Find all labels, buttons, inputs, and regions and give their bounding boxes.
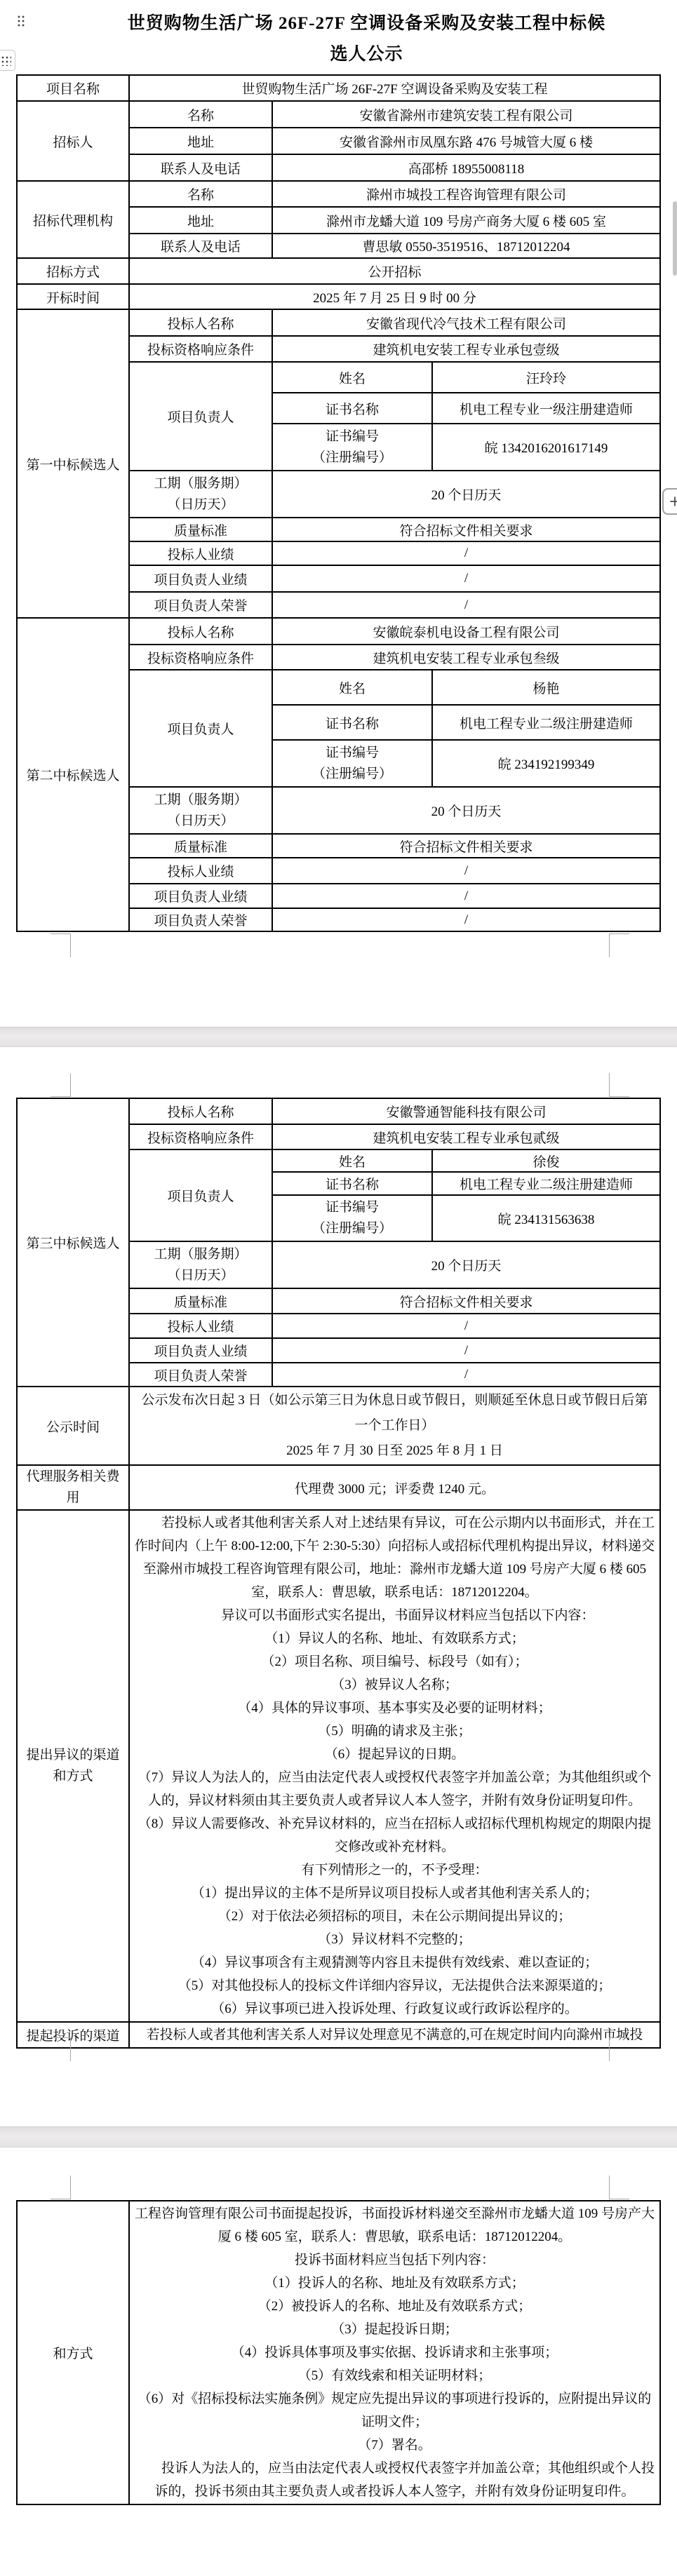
label-qualification: 投标资格响应条件 (129, 336, 272, 362)
value-candidate2-duration: 20 个日历天 (272, 787, 660, 834)
grid-dots-icon (0, 55, 11, 66)
label-duration: 工期（服务期） （日历天） (129, 787, 272, 834)
value-objection-content: 若投标人或者其他利害关系人对上述结果有异议，可在公示期内以书面形式，并在工作时间… (129, 1510, 660, 2022)
value-candidate1-cert-name: 机电工程专业一级注册建造师 (432, 393, 660, 424)
value-agency-address: 滁州市龙蟠大道 109 号房产商务大厦 6 楼 605 室 (272, 207, 660, 234)
label-qualification: 投标资格响应条件 (129, 645, 272, 670)
value-candidate2-pm-performance: / (272, 884, 660, 908)
page-separator (0, 2126, 677, 2147)
value-candidate3-pm-performance: / (272, 1338, 660, 1363)
label-bidder-name: 投标人名称 (129, 618, 272, 645)
label-tender-method: 招标方式 (17, 258, 129, 284)
value-candidate1-quality: 符合招标文件相关要求 (272, 518, 660, 541)
label-agency-contact: 联系人及电话 (129, 234, 272, 258)
value-candidate3-quality: 符合招标文件相关要求 (272, 1288, 660, 1314)
label-tenderee-name: 名称 (129, 101, 272, 128)
value-candidate3-pm-name: 徐俊 (432, 1149, 660, 1172)
value-candidate1-bidder: 安徽省现代冷气技术工程有限公司 (272, 309, 660, 336)
value-candidate1-qualification: 建筑机电安装工程专业承包壹级 (272, 336, 660, 362)
label-pm-performance: 项目负责人业绩 (129, 1338, 272, 1363)
page-margin-mark (609, 2176, 629, 2199)
label-agency-name: 名称 (129, 181, 272, 207)
label-complaint-channel: 提起投诉的渠道 (17, 2022, 129, 2048)
label-candidate3: 第三中标候选人 (17, 1098, 129, 1387)
value-complaint-page3: 工程咨询管理有限公司书面提起投诉，书面投诉材料递交至滁州市龙蟠大道 109 号房… (129, 2201, 660, 2504)
label-tenderee-address: 地址 (129, 128, 272, 154)
label-duration: 工期（服务期） （日历天） (129, 1241, 272, 1288)
label-tenderee: 招标人 (17, 101, 129, 181)
value-candidate2-bidder: 安徽皖泰机电设备工程有限公司 (272, 618, 660, 645)
label-candidate1: 第一中标候选人 (17, 309, 129, 618)
value-candidate1-pm-name: 汪玲玲 (432, 362, 660, 393)
value-candidate3-pm-honor: / (272, 1363, 660, 1387)
page-margin-mark (51, 2176, 71, 2199)
label-quality: 质量标准 (129, 834, 272, 858)
label-agency-address: 地址 (129, 207, 272, 234)
label-pm-honor: 项目负责人荣誉 (129, 1363, 272, 1387)
label-project-manager: 项目负责人 (129, 670, 272, 787)
label-bidder-name: 投标人名称 (129, 309, 272, 336)
scrollbar-thumb[interactable] (673, 201, 677, 276)
label-person-name: 姓名 (272, 670, 432, 705)
value-candidate1-bidder-performance: / (272, 541, 660, 565)
value-candidate2-quality: 符合招标文件相关要求 (272, 834, 660, 858)
value-candidate3-bidder: 安徽警通智能科技有限公司 (272, 1098, 660, 1124)
value-tenderee-contact: 高邵桥 18955008118 (272, 154, 660, 181)
value-candidate3-qualification: 建筑机电安装工程专业承包贰级 (272, 1124, 660, 1149)
label-cert-no: 证书编号 （注册编号） (272, 424, 432, 471)
label-quality: 质量标准 (129, 1288, 272, 1314)
label-person-name: 姓名 (272, 1149, 432, 1172)
label-pm-performance: 项目负责人业绩 (129, 565, 272, 592)
block-drag-handle-icon[interactable] (17, 15, 25, 27)
value-candidate2-qualification: 建筑机电安装工程专业承包叁级 (272, 645, 660, 670)
label-tenderee-contact: 联系人及电话 (129, 154, 272, 181)
page-margin-mark (51, 2037, 71, 2061)
zoom-in-button[interactable]: + (662, 488, 677, 515)
label-pm-performance: 项目负责人业绩 (129, 884, 272, 908)
value-candidate2-pm-name: 杨艳 (432, 670, 660, 705)
page-separator (0, 1027, 677, 1047)
announcement-table-page3: 和方式 工程咨询管理有限公司书面提起投诉，书面投诉材料递交至滁州市龙蟠大道 10… (16, 2200, 661, 2505)
label-cert-name: 证书名称 (272, 393, 432, 424)
label-agency-fee: 代理服务相关费 用 (17, 1465, 129, 1510)
value-candidate2-bidder-performance: / (272, 858, 660, 884)
value-tenderee-name: 安徽省滁州市建筑安装工程有限公司 (272, 101, 660, 128)
label-objection-channel: 提出异议的渠道 和方式 (17, 1510, 129, 2022)
value-publicity-time: 公示发布次日起 3 日（如公示第三日为休息日或节假日，则顺延至休息日或节假日后第… (129, 1387, 660, 1465)
label-bidder-name: 投标人名称 (129, 1098, 272, 1124)
value-candidate3-cert-name: 机电工程专业二级注册建造师 (432, 1172, 660, 1195)
label-cert-name: 证书名称 (272, 1172, 432, 1195)
value-complaint-page2: 若投标人或者其他利害关系人对异议处理意见不满意的,可在规定时间内向滁州市城投 (129, 2022, 660, 2048)
page-title: 世贸购物生活广场 26F-27F 空调设备采购及安装工程中标候 选人公示 (63, 8, 670, 70)
page-margin-mark (609, 1073, 629, 1097)
page-margin-mark (51, 933, 71, 957)
announcement-table-page1: 项目名称 世贸购物生活广场 26F-27F 空调设备采购及安装工程 招标人 名称… (16, 74, 661, 932)
label-pm-honor: 项目负责人荣誉 (129, 592, 272, 618)
value-tender-method: 公开招标 (129, 258, 660, 284)
label-pm-honor: 项目负责人荣誉 (129, 908, 272, 931)
value-tenderee-address: 安徽省滁州市凤凰东路 476 号城管大厦 6 楼 (272, 128, 660, 154)
label-publicity-time: 公示时间 (17, 1387, 129, 1465)
label-project-name: 项目名称 (17, 75, 129, 101)
value-candidate1-pm-performance: / (272, 565, 660, 592)
label-bid-opening-time: 开标时间 (17, 284, 129, 309)
label-complaint-channel-cont: 和方式 (17, 2201, 129, 2504)
value-bid-opening-time: 2025 年 7 月 25 日 9 时 00 分 (129, 284, 660, 309)
value-agency-fee: 代理费 3000 元；评委费 1240 元。 (129, 1465, 660, 1510)
label-bidder-performance: 投标人业绩 (129, 541, 272, 565)
label-project-manager: 项目负责人 (129, 1149, 272, 1241)
label-cert-no: 证书编号 （注册编号） (272, 1195, 432, 1241)
label-agency: 招标代理机构 (17, 181, 129, 258)
page-margin-mark (51, 1073, 71, 1097)
value-candidate2-cert-no: 皖 234192199349 (432, 740, 660, 787)
label-person-name: 姓名 (272, 362, 432, 393)
value-agency-name: 滁州市城投工程咨询管理有限公司 (272, 181, 660, 207)
label-cert-no: 证书编号 （注册编号） (272, 740, 432, 787)
value-candidate3-duration: 20 个日历天 (272, 1241, 660, 1288)
label-candidate2: 第二中标候选人 (17, 618, 129, 931)
value-candidate3-cert-no: 皖 234131563638 (432, 1195, 660, 1241)
value-candidate2-cert-name: 机电工程专业二级注册建造师 (432, 705, 660, 740)
value-candidate1-duration: 20 个日历天 (272, 471, 660, 518)
announcement-table-page2: 第三中标候选人 投标人名称 安徽警通智能科技有限公司 投标资格响应条件 建筑机电… (16, 1098, 661, 2049)
value-candidate2-pm-honor: / (272, 908, 660, 931)
value-candidate3-bidder-performance: / (272, 1314, 660, 1338)
drag-grid-button[interactable] (0, 50, 15, 71)
page-margin-mark (609, 2037, 629, 2061)
label-bidder-performance: 投标人业绩 (129, 858, 272, 884)
label-cert-name: 证书名称 (272, 705, 432, 740)
value-agency-contact: 曹思敏 0550-3519516、18712012204 (272, 234, 660, 258)
label-duration: 工期（服务期） （日历天） (129, 471, 272, 518)
value-candidate1-pm-honor: / (272, 592, 660, 618)
label-bidder-performance: 投标人业绩 (129, 1314, 272, 1338)
label-quality: 质量标准 (129, 518, 272, 541)
value-project-name: 世贸购物生活广场 26F-27F 空调设备采购及安装工程 (129, 75, 660, 101)
page-margin-mark (609, 933, 629, 957)
value-candidate1-cert-no: 皖 1342016201617149 (432, 424, 660, 471)
label-project-manager: 项目负责人 (129, 362, 272, 471)
label-qualification: 投标资格响应条件 (129, 1124, 272, 1149)
